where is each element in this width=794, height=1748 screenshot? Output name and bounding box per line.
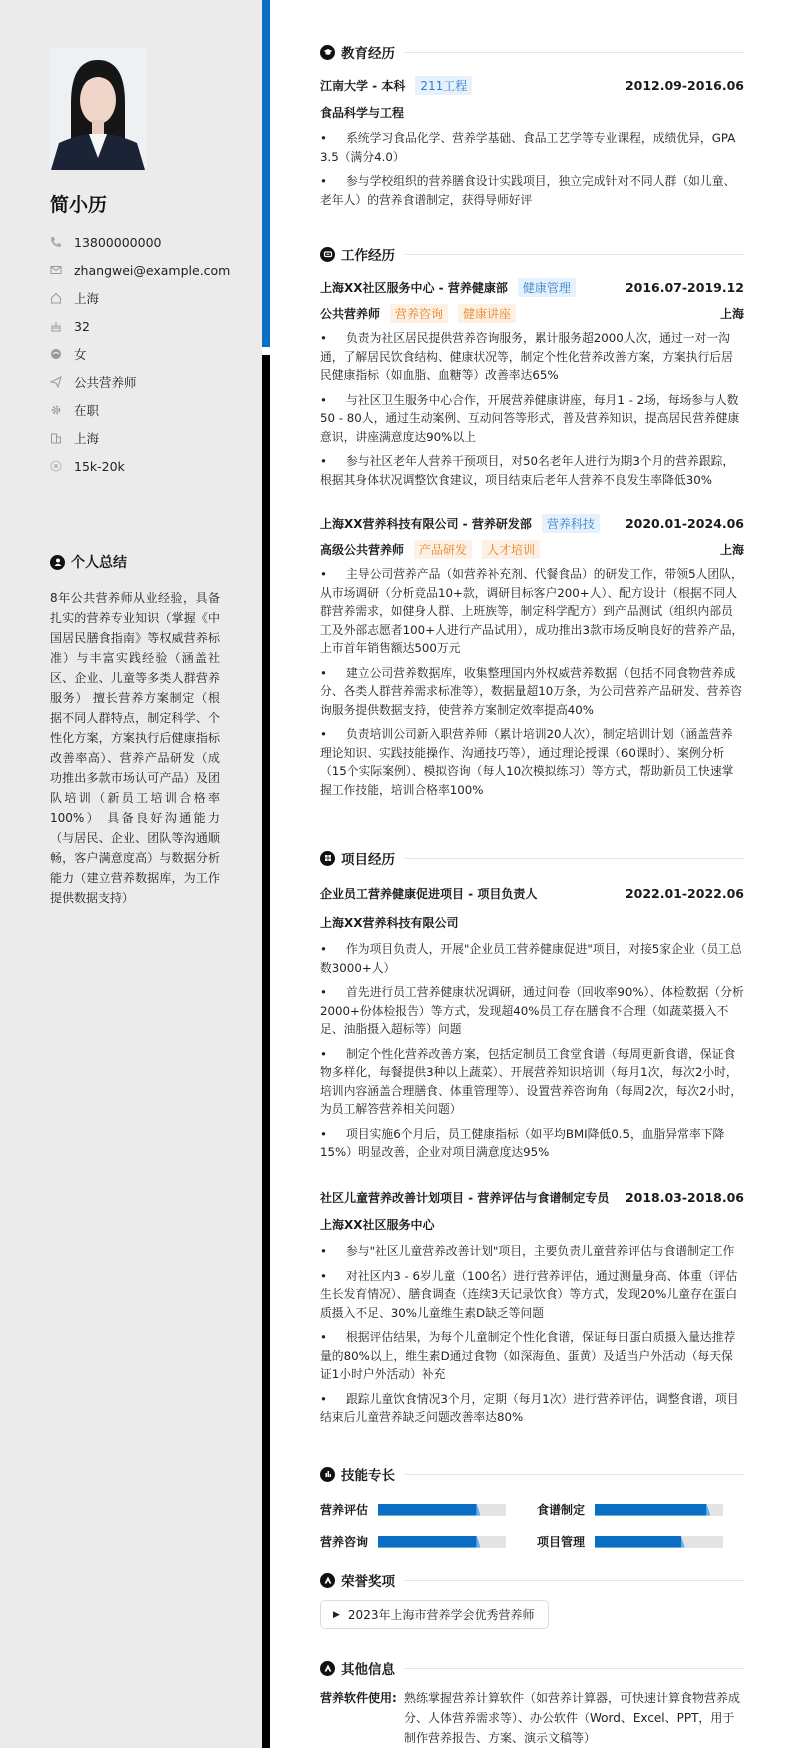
job-bullets: •负责为社区居民提供营养咨询服务，累计服务超2000人次，通过一对一沟通，了解居… — [320, 329, 744, 495]
skill-item: 食谱制定 — [537, 1501, 723, 1518]
summary-text: 8年公共营养师从业经验，具备扎实的营养专业知识（掌握《中国居民膳食指南》等权威营… — [50, 588, 220, 908]
info-gender: 女 — [50, 340, 230, 368]
divider — [405, 52, 744, 53]
project-org: 上海XX社区服务中心 — [320, 1216, 744, 1233]
info-icon — [320, 1661, 335, 1676]
work-heading: 工作经历 — [320, 244, 744, 264]
list-item: •负责培训公司新入职营养师（累计培训20人次），制定培训计划（涵盖营养理论知识、… — [320, 725, 744, 799]
coin-icon — [50, 460, 62, 472]
skill-bar — [378, 1504, 506, 1516]
projects-heading: 项目经历 — [320, 848, 744, 868]
list-item: •首先进行员工营养健康状况调研，通过问卷（回收率90%）、体检数据（分析2000… — [320, 983, 744, 1039]
date: 2018.03-2018.06 — [625, 1190, 744, 1205]
skill-fill — [378, 1504, 480, 1516]
skill-fill — [595, 1504, 710, 1516]
info-salary: 15k-20k — [50, 452, 230, 480]
list-item: •负责为社区居民提供营养咨询服务，累计服务超2000人次，通过一对一沟通，了解居… — [320, 329, 744, 385]
divider — [405, 1668, 744, 1669]
tag: 营养咨询 — [390, 304, 448, 323]
accent-bar — [262, 0, 270, 347]
tag: 健康管理 — [518, 278, 576, 297]
other-info-row: 营养软件使用: 熟练掌握营养计算软件（如营养计算器，可快速计算食物营养成分、人体… — [320, 1688, 744, 1748]
job-header-row: 上海XX营养科技有限公司 - 营养研发部营养科技 2020.01-2024.06 — [320, 514, 744, 533]
info-status: 在职 — [50, 396, 230, 424]
contact-info-list: 13800000000 zhangwei@example.com 上海 32 女… — [50, 228, 230, 480]
gear-icon — [50, 404, 62, 416]
avatar-photo — [49, 48, 147, 170]
info-location: 上海 — [50, 284, 230, 312]
other-label: 营养软件使用: — [320, 1688, 404, 1748]
project-bullets: •作为项目负责人，开展"企业员工营养健康促进"项目，对接5家企业（员工总数300… — [320, 940, 744, 1168]
list-item: •项目实施6个月后，员工健康指标（如平均BMI降低0.5，血脂异常率下降15%）… — [320, 1125, 744, 1162]
phone-icon — [50, 236, 62, 248]
candidate-name: 简小历 — [50, 190, 107, 217]
tag: 人才培训 — [482, 540, 540, 559]
skill-fill — [595, 1536, 685, 1548]
divider — [405, 858, 744, 859]
honors-heading: 荣誉奖项 — [320, 1570, 744, 1590]
award-icon — [320, 1573, 335, 1588]
skill-item: 项目管理 — [537, 1533, 723, 1550]
tag: 营养科技 — [542, 514, 600, 533]
skill-bar — [595, 1536, 723, 1548]
tag: 211工程 — [415, 76, 472, 95]
education-row: 江南大学 - 本科211工程 2012.09-2016.06 — [320, 76, 744, 95]
skill-item: 营养咨询 — [320, 1533, 506, 1550]
home-icon — [50, 292, 62, 304]
gender-icon — [50, 348, 62, 360]
list-item: •与社区卫生服务中心合作，开展营养健康讲座，每月1 - 2场，每场参与人数50 … — [320, 391, 744, 447]
project-header-row: 企业员工营养健康促进项目 - 项目负责人 2022.01-2022.06 — [320, 885, 744, 902]
project-bullets: •参与"社区儿童营养改善计划"项目，主要负责儿童营养评估与食谱制定工作 •对社区… — [320, 1242, 744, 1433]
list-item: •跟踪儿童饮食情况3个月，定期（每月1次）进行营养评估，调整食谱，项目结束后儿童… — [320, 1390, 744, 1427]
list-item: •制定个性化营养改善方案，包括定制员工食堂食谱（每周更新食谱，保证食物多样化，每… — [320, 1045, 744, 1119]
bar-chart-icon — [320, 1467, 335, 1482]
info-job-title: 公共营养师 — [50, 368, 230, 396]
user-icon — [50, 555, 65, 570]
other-value: 熟练掌握营养计算软件（如营养计算器，可快速计算食物营养成分、人体营养需求等）、办… — [404, 1688, 744, 1748]
list-item: •主导公司营养产品（如营养补充剂、代餐食品）的研发工作，带领5人团队，从市场调研… — [320, 565, 744, 658]
cake-icon — [50, 320, 62, 332]
info-phone: 13800000000 — [50, 228, 230, 256]
skill-item: 营养评估 — [320, 1501, 506, 1518]
list-item: •参与学校组织的营养膳食设计实践项目，独立完成针对不同人群（如儿童、老年人）的营… — [320, 172, 744, 209]
project-org: 上海XX营养科技有限公司 — [320, 914, 744, 931]
list-item: •参与社区老年人营养干预项目，对50名老年人进行为期3个月的营养跟踪，根据其身体… — [320, 452, 744, 489]
date: 2022.01-2022.06 — [625, 886, 744, 901]
building-icon — [50, 432, 62, 444]
date: 2012.09-2016.06 — [625, 78, 744, 93]
grid-icon — [320, 851, 335, 866]
triangle-right-icon: ▶ — [333, 1610, 340, 1620]
education-major: 食品科学与工程 — [320, 104, 744, 121]
list-item: •系统学习食品化学、营养学基础、食品工艺学等专业课程，成绩优异，GPA 3.5（… — [320, 129, 744, 166]
list-item: •根据评估结果，为每个儿童制定个性化食谱，保证每日蛋白质摄入量达推荐量的80%以… — [320, 1328, 744, 1384]
list-item: •建立公司营养数据库，收集整理国内外权威营养数据（包括不同食物营养成分、各类人群… — [320, 664, 744, 720]
date: 2016.07-2019.12 — [625, 280, 744, 295]
education-heading: 教育经历 — [320, 42, 744, 62]
info-email: zhangwei@example.com — [50, 256, 230, 284]
summary-heading: 个人总结 — [50, 552, 127, 572]
list-item: •参与"社区儿童营养改善计划"项目，主要负责儿童营养评估与食谱制定工作 — [320, 1242, 744, 1261]
education-bullets: •系统学习食品化学、营养学基础、食品工艺学等专业课程，成绩优异，GPA 3.5（… — [320, 129, 744, 215]
tag: 产品研发 — [414, 540, 472, 559]
divider — [405, 254, 744, 255]
other-heading: 其他信息 — [320, 1658, 744, 1678]
job-header-row: 上海XX社区服务中心 - 营养健康部健康管理 2016.07-2019.12 — [320, 278, 744, 297]
list-item: •作为项目负责人，开展"企业员工营养健康促进"项目，对接5家企业（员工总数300… — [320, 940, 744, 977]
skill-bar — [378, 1536, 506, 1548]
info-target-city: 上海 — [50, 424, 230, 452]
divider — [405, 1580, 744, 1581]
job-role-row: 高级公共营养师产品研发人才培训 上海 — [320, 540, 744, 559]
date: 2020.01-2024.06 — [625, 516, 744, 531]
skill-bar — [595, 1504, 723, 1516]
mail-icon — [50, 264, 62, 276]
job-role-row: 公共营养师营养咨询健康讲座 上海 — [320, 304, 744, 323]
briefcase-icon — [320, 247, 335, 262]
project-header-row: 社区儿童营养改善计划项目 - 营养评估与食谱制定专员 2018.03-2018.… — [320, 1189, 744, 1206]
job-bullets: •主导公司营养产品（如营养补充剂、代餐食品）的研发工作，带领5人团队，从市场调研… — [320, 565, 744, 805]
divider-bar — [262, 355, 270, 1748]
info-age: 32 — [50, 312, 230, 340]
skill-fill — [378, 1536, 480, 1548]
skills-heading: 技能专长 — [320, 1464, 744, 1484]
award-item[interactable]: ▶ 2023年上海市营养学会优秀营养师 — [320, 1600, 549, 1629]
tag: 健康讲座 — [458, 304, 516, 323]
divider — [405, 1474, 744, 1475]
list-item: •对社区内3 - 6岁儿童（100名）进行营养评估，通过测量身高、体重（评估生长… — [320, 1267, 744, 1323]
send-icon — [50, 376, 62, 388]
graduation-cap-icon — [320, 45, 335, 60]
